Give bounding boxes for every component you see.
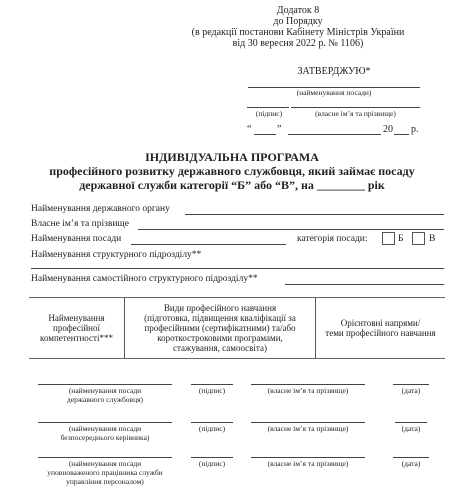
category-v-checkbox[interactable] bbox=[412, 232, 425, 245]
date-line[interactable] bbox=[393, 384, 429, 385]
appendix-number: Додаток 8 bbox=[180, 5, 416, 16]
date-close-quote: ” bbox=[277, 124, 281, 135]
title-line-3: державної служби категорії “Б” або “В”, … bbox=[0, 178, 464, 192]
name-caption: (власне ім’я та прізвище) bbox=[251, 386, 365, 395]
approval-signature-caption: (підпис) bbox=[247, 109, 291, 118]
full-name-label: Власне ім’я та прізвище bbox=[31, 219, 129, 230]
full-name-line[interactable] bbox=[138, 229, 444, 230]
category-v-label: В bbox=[429, 234, 435, 245]
date-caption: (дата) bbox=[393, 424, 429, 433]
program-table: Найменування професійної компетентності*… bbox=[29, 297, 445, 359]
col-competence-header: Найменування професійної компетентності*… bbox=[29, 298, 125, 359]
appendix-order: до Порядку bbox=[180, 16, 416, 27]
approval-date-row: “ ” 20 р. bbox=[247, 124, 437, 136]
appendix-header: Додаток 8 до Порядку (в редакції постано… bbox=[180, 5, 416, 49]
col-topics-header: Орієнтовні напрями/ теми професійного на… bbox=[316, 298, 446, 359]
position-line[interactable] bbox=[131, 244, 286, 245]
name-line[interactable] bbox=[251, 422, 365, 423]
appendix-edition: (в редакції постанови Кабінету Міністрів… bbox=[180, 27, 416, 38]
org-name-line[interactable] bbox=[185, 214, 444, 215]
category-label: категорія посади: bbox=[297, 234, 368, 245]
org-name-label: Найменування державного органу bbox=[31, 204, 170, 215]
title-line-2: професійного розвитку державного службов… bbox=[0, 164, 464, 178]
date-day-line[interactable] bbox=[254, 134, 276, 135]
approval-name-line[interactable] bbox=[291, 107, 420, 108]
date-line[interactable] bbox=[393, 457, 429, 458]
position-caption: (найменування посади безпосереднього кер… bbox=[38, 424, 172, 442]
program-title: ІНДИВІДУАЛЬНА ПРОГРАМА професійного розв… bbox=[0, 150, 464, 192]
indep-unit-label: Найменування самостійного структурного п… bbox=[31, 274, 258, 285]
approval-position-caption: (найменування посади) bbox=[248, 88, 420, 97]
approval-name-caption: (власне ім’я та прізвище) bbox=[291, 109, 420, 118]
signature-line[interactable] bbox=[191, 457, 233, 458]
signature-caption: (підпис) bbox=[191, 386, 233, 395]
year-blank[interactable]: ________ bbox=[317, 178, 365, 192]
signature-caption: (підпис) bbox=[191, 424, 233, 433]
date-year-line[interactable] bbox=[394, 134, 409, 135]
position-caption: (найменування посади уповноваженого прац… bbox=[30, 459, 180, 486]
signature-line[interactable] bbox=[191, 384, 233, 385]
position-label: Найменування посади bbox=[31, 234, 121, 245]
date-caption: (дата) bbox=[393, 459, 429, 468]
position-caption: (найменування посади державного службовц… bbox=[38, 386, 172, 404]
title-line-1: ІНДИВІДУАЛЬНА ПРОГРАМА bbox=[0, 150, 464, 164]
category-b-label: Б bbox=[398, 234, 403, 245]
date-caption: (дата) bbox=[393, 386, 429, 395]
appendix-date-ref: від 30 вересня 2022 р. № 1106) bbox=[180, 38, 416, 49]
approval-title: ЗАТВЕРДЖУЮ* bbox=[249, 66, 419, 77]
table-header-row: Найменування професійної компетентності*… bbox=[29, 298, 445, 359]
date-line[interactable] bbox=[395, 422, 427, 423]
date-year-prefix: 20 bbox=[383, 124, 393, 135]
signature-row-manager: (найменування посади безпосереднього кер… bbox=[0, 422, 464, 452]
signature-line[interactable] bbox=[191, 422, 233, 423]
date-open-quote: “ bbox=[247, 124, 251, 135]
name-line[interactable] bbox=[251, 384, 365, 385]
position-sign-line[interactable] bbox=[38, 457, 172, 458]
date-month-line[interactable] bbox=[288, 134, 381, 135]
position-sign-line[interactable] bbox=[38, 384, 172, 385]
name-line[interactable] bbox=[251, 457, 365, 458]
category-b-checkbox[interactable] bbox=[382, 232, 395, 245]
date-year-suffix: р. bbox=[411, 124, 419, 135]
signature-row-employee: (найменування посади державного службовц… bbox=[0, 384, 464, 414]
name-caption: (власне ім’я та прізвище) bbox=[251, 424, 365, 433]
name-caption: (власне ім’я та прізвище) bbox=[251, 459, 365, 468]
signature-row-hr: (найменування посади уповноваженого прац… bbox=[0, 457, 464, 488]
struct-unit-line[interactable] bbox=[31, 268, 444, 269]
col-training-types-header: Види професійного навчання (підготовка, … bbox=[125, 298, 316, 359]
position-sign-line[interactable] bbox=[38, 422, 172, 423]
approval-signature-line[interactable] bbox=[247, 107, 289, 108]
indep-unit-line[interactable] bbox=[285, 284, 444, 285]
struct-unit-label: Найменування структурного підрозділу** bbox=[31, 250, 201, 261]
signature-caption: (підпис) bbox=[191, 459, 233, 468]
